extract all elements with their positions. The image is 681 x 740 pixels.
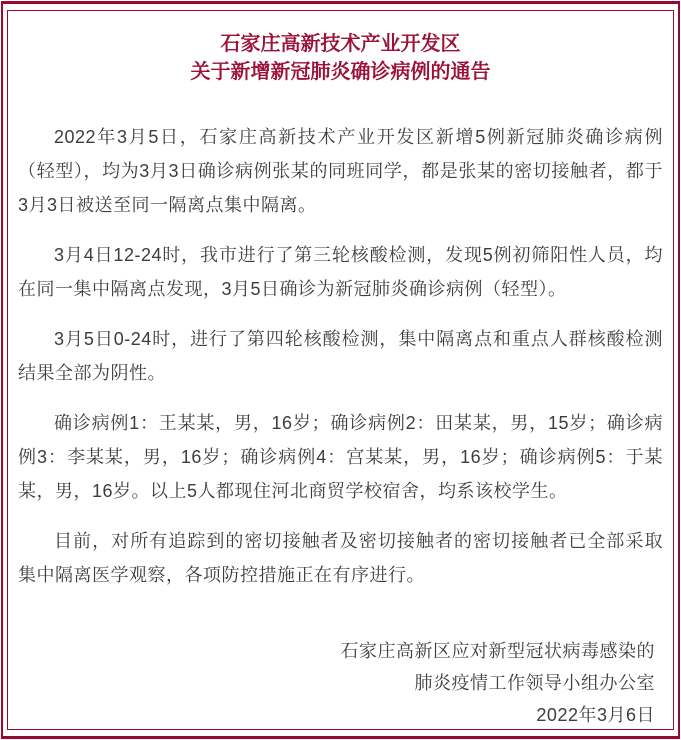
- notice-title-line-1: 石家庄高新技术产业开发区: [18, 30, 663, 58]
- body-paragraph: 3月4日12-24时，我市进行了第三轮核酸检测，发现5例初筛阳性人员，均在同一集…: [18, 238, 663, 306]
- body-paragraph: 目前，对所有追踪到的密切接触者及密切接触者的密切接触者已全部采取集中隔离医学观察…: [18, 524, 663, 592]
- signature-block: 石家庄高新区应对新型冠状病毒感染的 肺炎疫情工作领导小组办公室 2022年3月6…: [18, 635, 663, 731]
- signature-date: 2022年3月6日: [18, 699, 655, 731]
- notice-title: 石家庄高新技术产业开发区 关于新增新冠肺炎确诊病例的通告: [18, 30, 663, 86]
- body-paragraph: 确诊病例1：王某某，男，16岁；确诊病例2：田某某，男，15岁；确诊病例3：李某…: [18, 406, 663, 508]
- signature-line-issuer-1: 石家庄高新区应对新型冠状病毒感染的: [18, 635, 655, 667]
- notice-body: 2022年3月5日，石家庄高新技术产业开发区新增5例新冠肺炎确诊病例（轻型），均…: [18, 120, 663, 592]
- notice-document: 石家庄高新技术产业开发区 关于新增新冠肺炎确诊病例的通告 2022年3月5日，石…: [0, 0, 681, 740]
- body-paragraph: 2022年3月5日，石家庄高新技术产业开发区新增5例新冠肺炎确诊病例（轻型），均…: [18, 120, 663, 222]
- signature-line-issuer-2: 肺炎疫情工作领导小组办公室: [18, 667, 655, 699]
- body-paragraph: 3月5日0-24时，进行了第四轮核酸检测，集中隔离点和重点人群核酸检测结果全部为…: [18, 322, 663, 390]
- notice-title-line-2: 关于新增新冠肺炎确诊病例的通告: [18, 58, 663, 86]
- notice-content: 石家庄高新技术产业开发区 关于新增新冠肺炎确诊病例的通告 2022年3月5日，石…: [18, 11, 663, 731]
